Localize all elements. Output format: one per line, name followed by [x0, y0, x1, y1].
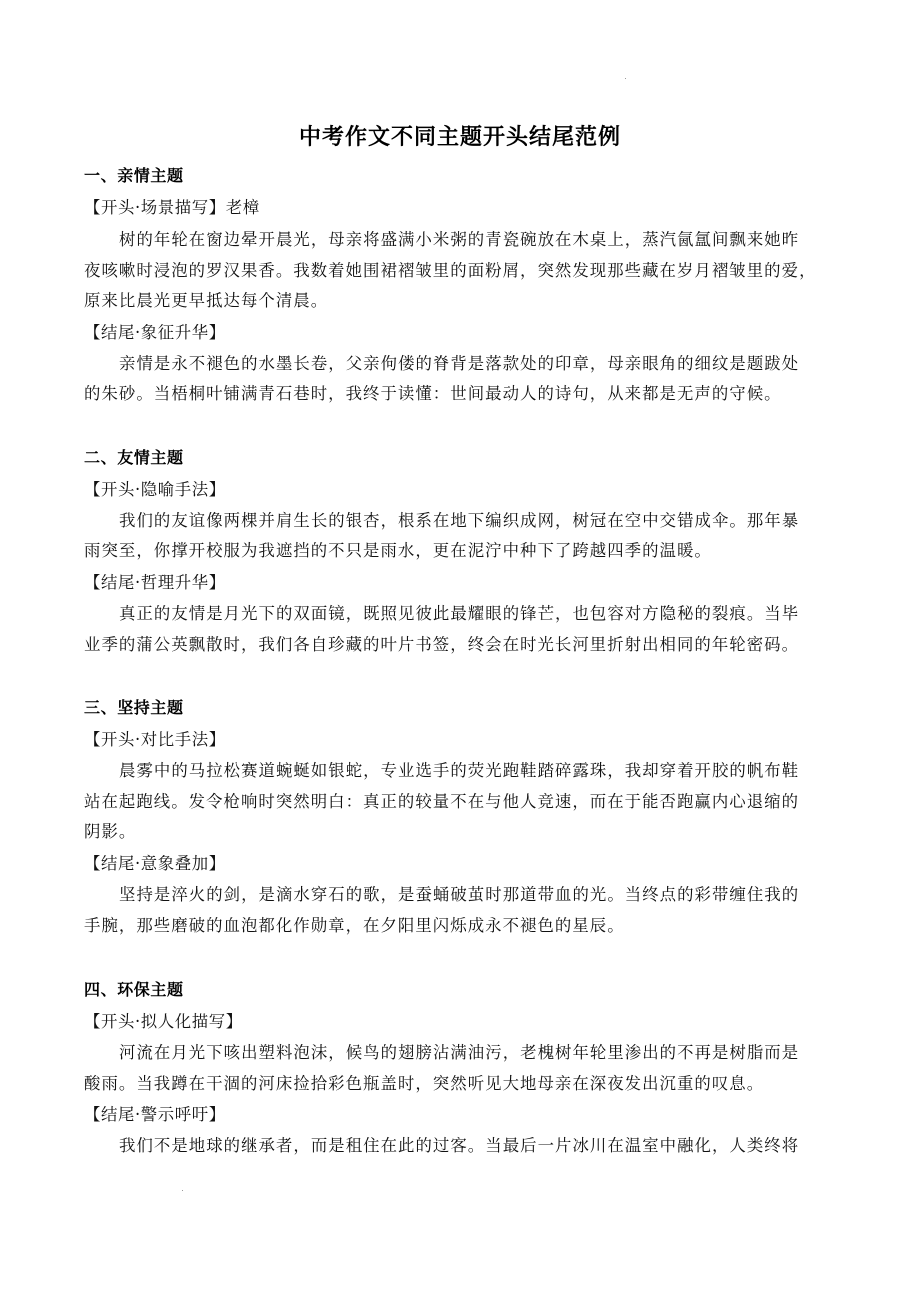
- paragraph-line: 坚持是淬火的剑，是滴水穿石的歌，是蚕蛹破茧时那道带血的光。当终点的彩带缠住我的: [119, 885, 799, 905]
- ending-label: 【结尾·意象叠加】: [84, 854, 226, 874]
- paragraph-line: 的朱砂。当梧桐叶铺满青石巷时，我终于读懂：世间最动人的诗句，从来都是无声的守候。: [84, 384, 782, 404]
- opening-label: 【开头·隐喻手法】: [84, 480, 226, 500]
- paragraph-line: 夜咳嗽时浸泡的罗汉果香。我数着她围裙褶皱里的面粉屑，突然发现那些藏在岁月褶皱里的…: [84, 261, 817, 281]
- section-heading-family: 一、亲情主题: [84, 166, 184, 186]
- scan-speck: [625, 78, 626, 79]
- opening-label: 【开头·场景描写】老樟: [84, 198, 260, 218]
- paragraph-line: 站在起跑线。发令枪响时突然明白：真正的较量不在与他人竞速，而在于能否跑赢内心退缩…: [84, 792, 799, 812]
- paragraph-line: 我们的友谊像两棵并肩生长的银杏，根系在地下编织成网，树冠在空中交错成伞。那年暴: [119, 511, 799, 531]
- paragraph-line: 酸雨。当我蹲在干涸的河床捡拾彩色瓶盖时，突然听见大地母亲在深夜发出沉重的叹息。: [84, 1074, 764, 1094]
- paragraph-line: 亲情是永不褪色的水墨长卷，父亲佝偻的脊背是落款处的印章，母亲眼角的细纹是题跋处: [119, 354, 799, 374]
- scan-speck: [182, 1190, 183, 1191]
- paragraph-line: 我们不是地球的继承者，而是租住在此的过客。当最后一片冰川在温室中融化，人类终将: [119, 1136, 799, 1156]
- paragraph-line: 阴影。: [84, 822, 136, 842]
- ending-label: 【结尾·象征升华】: [84, 323, 226, 343]
- paragraph-line: 河流在月光下咳出塑料泡沫，候鸟的翅膀沾满油污，老槐树年轮里渗出的不再是树脂而是: [119, 1043, 799, 1063]
- paragraph-line: 原来比晨光更早抵达每个清晨。: [84, 291, 328, 311]
- paragraph-line: 真正的友情是月光下的双面镜，既照见彼此最耀眼的锋芒，也包容对方隐秘的裂痕。当毕: [119, 604, 799, 624]
- paragraph-line: 晨雾中的马拉松赛道蜿蜒如银蛇，专业选手的荧光跑鞋踏碎露珠，我却穿着开胶的帆布鞋: [119, 761, 799, 781]
- paragraph-line: 树的年轮在窗边晕开晨光，母亲将盛满小米粥的青瓷碗放在木桌上，蒸汽氤氲间飘来她昨: [119, 230, 799, 250]
- section-heading-perseverance: 三、坚持主题: [84, 698, 184, 718]
- page-title: 中考作文不同主题开头结尾范例: [0, 124, 920, 152]
- opening-label: 【开头·对比手法】: [84, 730, 226, 750]
- paragraph-line: 手腕，那些磨破的血泡都化作勋章，在夕阳里闪烁成永不褪色的星辰。: [84, 916, 625, 936]
- ending-label: 【结尾·警示呼吁】: [84, 1105, 226, 1125]
- section-heading-friendship: 二、友情主题: [84, 448, 184, 468]
- document-page: 中考作文不同主题开头结尾范例 一、亲情主题 【开头·场景描写】老樟 树的年轮在窗…: [0, 0, 920, 1302]
- paragraph-line: 业季的蒲公英飘散时，我们各自珍藏的叶片书签，终会在时光长河里折射出相同的年轮密码…: [84, 635, 799, 655]
- opening-label: 【开头·拟人化描写】: [84, 1012, 243, 1032]
- ending-label: 【结尾·哲理升华】: [84, 573, 226, 593]
- paragraph-line: 雨突至，你撑开校服为我遮挡的不只是雨水，更在泥泞中种下了跨越四季的温暖。: [84, 541, 712, 561]
- section-heading-environment: 四、环保主题: [84, 980, 184, 1000]
